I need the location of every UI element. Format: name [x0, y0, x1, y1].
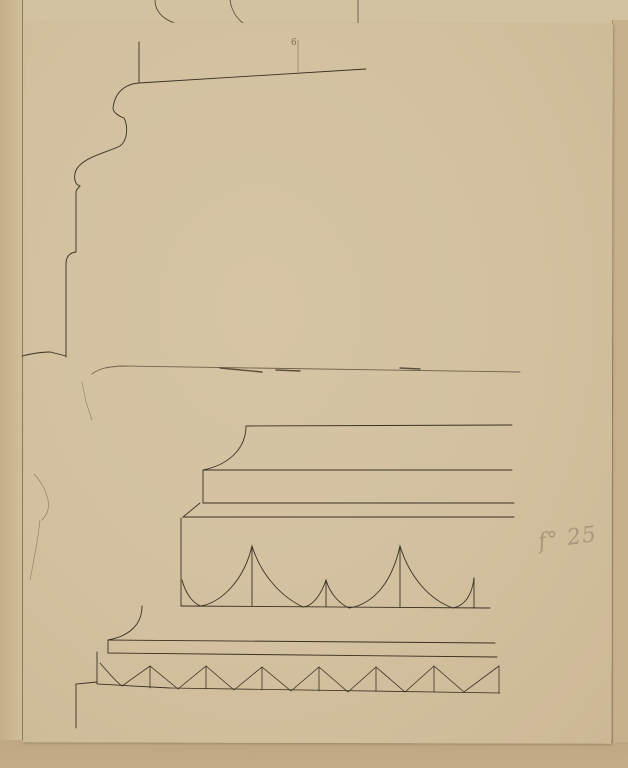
zigzag-band [100, 663, 500, 693]
architectural-drawing [0, 0, 628, 768]
base-elevation [76, 425, 514, 728]
cornice-profile [22, 42, 366, 357]
dimension-note: 6 [291, 38, 297, 48]
scallop-ornament [182, 546, 474, 608]
